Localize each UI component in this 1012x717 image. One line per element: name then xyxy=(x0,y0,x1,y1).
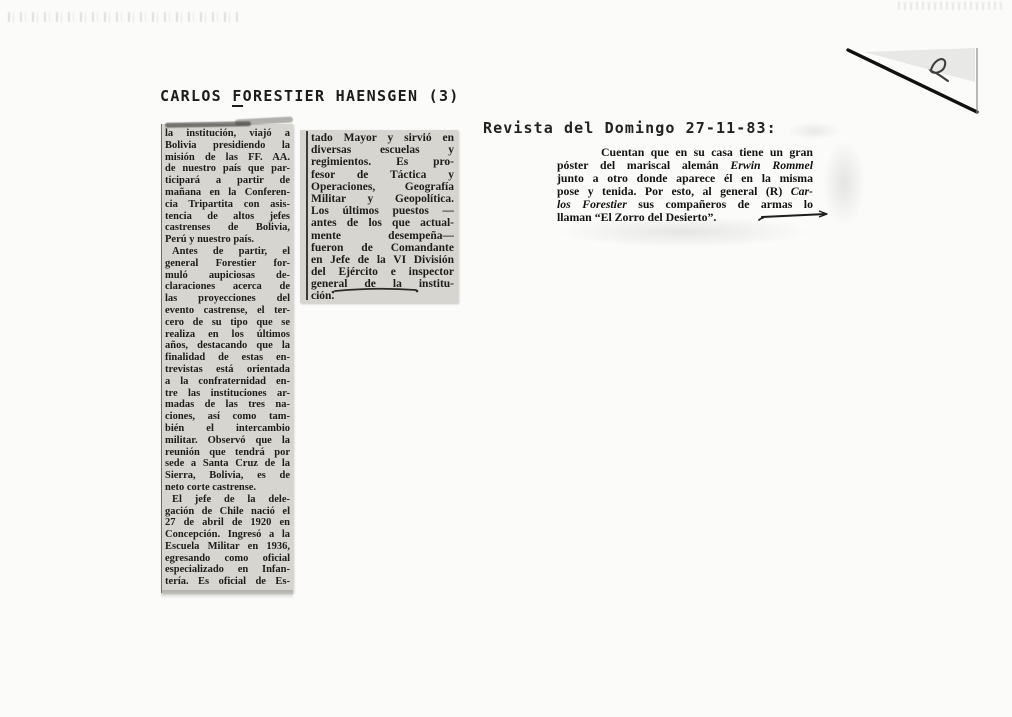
clipping-line: realiza en los últimos xyxy=(165,329,290,341)
clipping-line: reunión que tendrá por xyxy=(165,447,290,459)
text: egresando como oficial xyxy=(165,553,290,564)
text: a la confraternidad en- xyxy=(165,376,290,387)
text: cero de su tipo que se xyxy=(165,317,290,328)
clipping-line: El jefe de la dele- xyxy=(165,494,290,506)
text: en Jefe de la VI División xyxy=(311,254,454,266)
text: diversas escuelas y xyxy=(311,144,454,156)
clipping-line: diversas escuelas y xyxy=(311,144,454,156)
clipping-line: castrenses de Bolivia, xyxy=(165,222,290,234)
clipping-line: fueron de Comandante xyxy=(311,242,454,254)
clipping-line: misión de las FF. AA. xyxy=(165,152,290,164)
text: militar. Observó que la xyxy=(165,435,290,446)
text: tencia de altos jefes xyxy=(165,211,290,222)
clipping-line: Militar y Geopolítica. xyxy=(311,193,454,205)
text: Operaciones, Geografía xyxy=(311,181,454,193)
clipping-line: póster del mariscal alemán Erwin Rommel xyxy=(557,159,813,172)
clipping-line: años, destacando que la xyxy=(165,340,290,352)
text: ciones, así como tam- xyxy=(165,411,290,422)
text: mente desempeña— xyxy=(311,230,454,242)
text: muló aupiciosas de- xyxy=(165,270,290,281)
clipping-line: finalidad de estas en- xyxy=(165,352,290,364)
text: póster del mariscal alemán xyxy=(557,159,730,172)
text: mañana en la Conferen- xyxy=(165,187,290,198)
text: misión de las FF. AA. xyxy=(165,152,290,163)
scan-noise-top-right xyxy=(898,2,1004,10)
text: evento castrense, el ter- xyxy=(165,305,290,316)
text: junto a otro donde aparece él en la mism… xyxy=(557,172,813,185)
clipping-line: sede a Santa Cruz de la xyxy=(165,458,290,470)
text: reunión que tendrá por xyxy=(165,447,290,458)
pen-underline xyxy=(330,286,422,296)
clipping-line: mañana en la Conferen- xyxy=(165,187,290,199)
text: Los últimos puestos — xyxy=(311,205,454,217)
clipping-line: mente desempeña— xyxy=(311,230,454,242)
clipping-line: a la confraternidad en- xyxy=(165,376,290,388)
clipping-line: cia Tripartita con asis- xyxy=(165,199,290,211)
scan-shading xyxy=(788,122,840,140)
clipping-line: Cuentan que en su casa tiene un gran xyxy=(557,146,813,159)
scan-noise-top-left xyxy=(8,12,238,22)
clipping-line: evento castrense, el ter- xyxy=(165,305,290,317)
page-title: CARLOS FORESTIER HAENSGEN (3) xyxy=(160,87,460,105)
italic-text: los Forestier xyxy=(557,198,627,211)
clipping-line: trevistas está orientada xyxy=(165,364,290,376)
text: llaman “El Zorro del Desierto”. xyxy=(557,211,716,224)
text: Concepción. Ingresó a la xyxy=(165,529,290,540)
clipping-line: ciones, así como tam- xyxy=(165,411,290,423)
text: general Forestier for- xyxy=(165,258,290,269)
text: trevistas está orientada xyxy=(165,364,290,375)
text: pose y tenida. Por esto, al general (R) xyxy=(557,185,791,198)
text: Bolivia presidiendo la xyxy=(165,140,290,151)
text: finalidad de estas en- xyxy=(165,352,290,363)
clipping-line: fesor de Táctica y xyxy=(311,169,454,181)
clipping-line: madas de las tres na- xyxy=(165,399,290,411)
clipping-line: Antes de partir, el xyxy=(165,246,290,258)
clipping-line: las proyecciones del xyxy=(165,293,290,305)
clipping-line: tado Mayor y sirvió en xyxy=(311,132,454,144)
text: Antes de partir, el xyxy=(172,246,290,257)
clipping-line: tre las instituciones ar- xyxy=(165,388,290,400)
clipping-line: regimientos. Es pro- xyxy=(311,156,454,168)
middle-column-clipping: tado Mayor y sirvió endiversas escuelas … xyxy=(300,130,458,303)
text: Cuentan que en su casa tiene un gran xyxy=(601,146,813,159)
text: fueron de Comandante xyxy=(311,242,454,254)
text: regimientos. Es pro- xyxy=(311,156,454,168)
clipping-line: Operaciones, Geografía xyxy=(311,181,454,193)
text: fesor de Táctica y xyxy=(311,169,454,181)
title-pre: CARLOS xyxy=(160,87,232,105)
clipping-line: gación de Chile nació el xyxy=(165,506,290,518)
clipping-line: Concepción. Ingresó a la xyxy=(165,529,290,541)
text: cia Tripartita con asis- xyxy=(165,199,290,210)
clipping-line: de nuestro país que par- xyxy=(165,163,290,175)
text: de nuestro país que par- xyxy=(165,163,290,174)
clipping-line: en Jefe de la VI División xyxy=(311,254,454,266)
clipping-line: la institución, viajó a xyxy=(165,128,290,140)
scanned-page: CARLOS FORESTIER HAENSGEN (3) la institu… xyxy=(0,0,1012,717)
text: sede a Santa Cruz de la xyxy=(165,458,290,469)
clipping-line: tencia de altos jefes xyxy=(165,211,290,223)
left-column-text: la institución, viajó aBolivia presidien… xyxy=(165,128,290,588)
column-rule xyxy=(306,131,308,300)
text: castrenses de Bolivia, xyxy=(165,222,290,233)
clipping-line: claraciones acerca de xyxy=(165,281,290,293)
text: del Ejército e inspector xyxy=(311,266,454,278)
clipping-line: bién el intercambio xyxy=(165,423,290,435)
text: tería. Es oficial de Es- xyxy=(165,576,290,587)
left-column-clipping: la institución, viajó aBolivia presidien… xyxy=(161,124,293,593)
clipping-line: especializado en Infan- xyxy=(165,564,290,576)
text: la institución, viajó a xyxy=(165,128,290,139)
clipping-line: cero de su tipo que se xyxy=(165,317,290,329)
clipping-line: 27 de abril de 1920 en xyxy=(165,517,290,529)
text: bién el intercambio xyxy=(165,423,290,434)
text: Perú y nuestro país. xyxy=(165,234,254,245)
clipping-line: Los últimos puestos — xyxy=(311,205,454,217)
revista-heading: Revista del Domingo 27-11-83: xyxy=(483,119,777,137)
text: las proyecciones del xyxy=(165,293,290,304)
clipping-line: neto corte castrense. xyxy=(165,482,290,494)
text: claraciones acerca de xyxy=(165,281,290,292)
clipping-line: Bolivia presidiendo la xyxy=(165,140,290,152)
clipping-line: junto a otro donde aparece él en la mism… xyxy=(557,172,813,185)
clipping-line: Escuela Militar en 1936, xyxy=(165,541,290,553)
clipping-line: antes de los que actual- xyxy=(311,217,454,229)
text: realiza en los últimos xyxy=(165,329,290,340)
clipping-line: del Ejército e inspector xyxy=(311,266,454,278)
middle-column-text: tado Mayor y sirvió endiversas escuelas … xyxy=(311,132,454,303)
clipping-line: militar. Observó que la xyxy=(165,435,290,447)
text: tre las instituciones ar- xyxy=(165,388,290,399)
pen-arrow xyxy=(756,208,832,224)
text: gación de Chile nació el xyxy=(165,506,290,517)
text: Sierra, Bolivia, es de xyxy=(165,470,290,481)
clipping-line: ticipará a partir de xyxy=(165,175,290,187)
text: antes de los que actual- xyxy=(311,217,454,229)
text: ticipará a partir de xyxy=(165,175,290,186)
clipping-line: general Forestier for- xyxy=(165,258,290,270)
text: Militar y Geopolítica. xyxy=(311,193,454,205)
clipping-line: egresando como oficial xyxy=(165,553,290,565)
text: El jefe de la dele- xyxy=(172,494,290,505)
title-underlined-letter: F xyxy=(232,87,242,107)
text: madas de las tres na- xyxy=(165,399,290,410)
text: Escuela Militar en 1936, xyxy=(165,541,290,552)
clipping-line: pose y tenida. Por esto, al general (R) … xyxy=(557,185,813,198)
text: años, destacando que la xyxy=(165,340,290,351)
text: neto corte castrense. xyxy=(165,482,256,493)
corner-fold xyxy=(828,22,1012,122)
clipping-line: Perú y nuestro país. xyxy=(165,234,290,246)
clipping-line: tería. Es oficial de Es- xyxy=(165,576,290,588)
italic-text: Erwin Rommel xyxy=(730,159,813,172)
text: 27 de abril de 1920 en xyxy=(165,517,290,528)
title-post: ORESTIER HAENSGEN (3) xyxy=(243,87,460,105)
clipping-line: Sierra, Bolivia, es de xyxy=(165,470,290,482)
text: especializado en Infan- xyxy=(165,564,290,575)
italic-text: Car- xyxy=(791,185,813,198)
clipping-line: muló aupiciosas de- xyxy=(165,270,290,282)
text: tado Mayor y sirvió en xyxy=(311,132,454,144)
